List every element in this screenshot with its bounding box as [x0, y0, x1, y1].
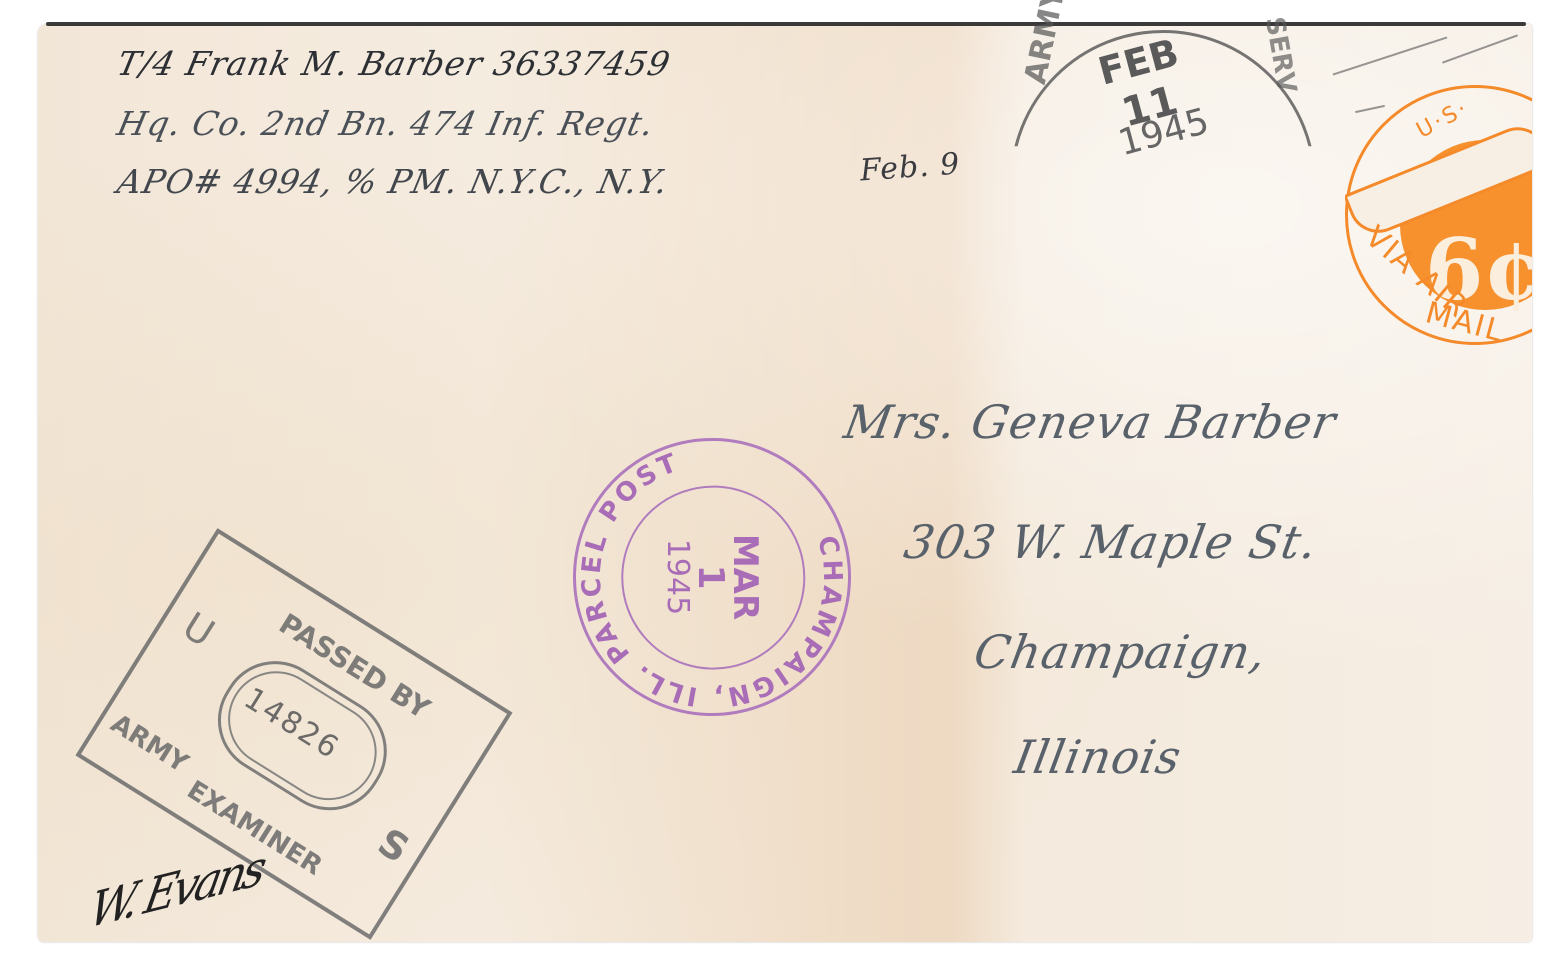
recipient-street: 303 W. Maple St.	[900, 515, 1322, 569]
airmail-stamp: U·S· 6¢ VIA AIR MAIL	[1345, 85, 1532, 350]
sender-line-2: Hq. Co. 2nd Bn. 474 Inf. Regt.	[114, 104, 658, 143]
army-postmark: ARMY SERV FEB 11 1945	[1010, 10, 1310, 210]
postmark-day: 1	[692, 534, 728, 620]
censor-army: ARMY	[105, 709, 193, 779]
censor-letter-s: S	[370, 820, 417, 872]
sender-line-3: APO# 4994, % PM. N.Y.C., N.Y.	[114, 162, 672, 201]
postmark-month: MAR	[728, 534, 762, 620]
recipient-name: Mrs. Geneva Barber	[840, 395, 1340, 449]
postmark-date: MAR 1 1945	[662, 534, 762, 620]
recipient-city: Champaign,	[970, 625, 1271, 679]
handwritten-date: Feb. 9	[859, 147, 961, 189]
postmark-year: 1945	[662, 534, 692, 620]
recipient-state: Illinois	[1010, 730, 1185, 784]
sender-line-1: T/4 Frank M. Barber 36337459	[114, 44, 674, 83]
censor-letter-u: U	[175, 604, 222, 656]
